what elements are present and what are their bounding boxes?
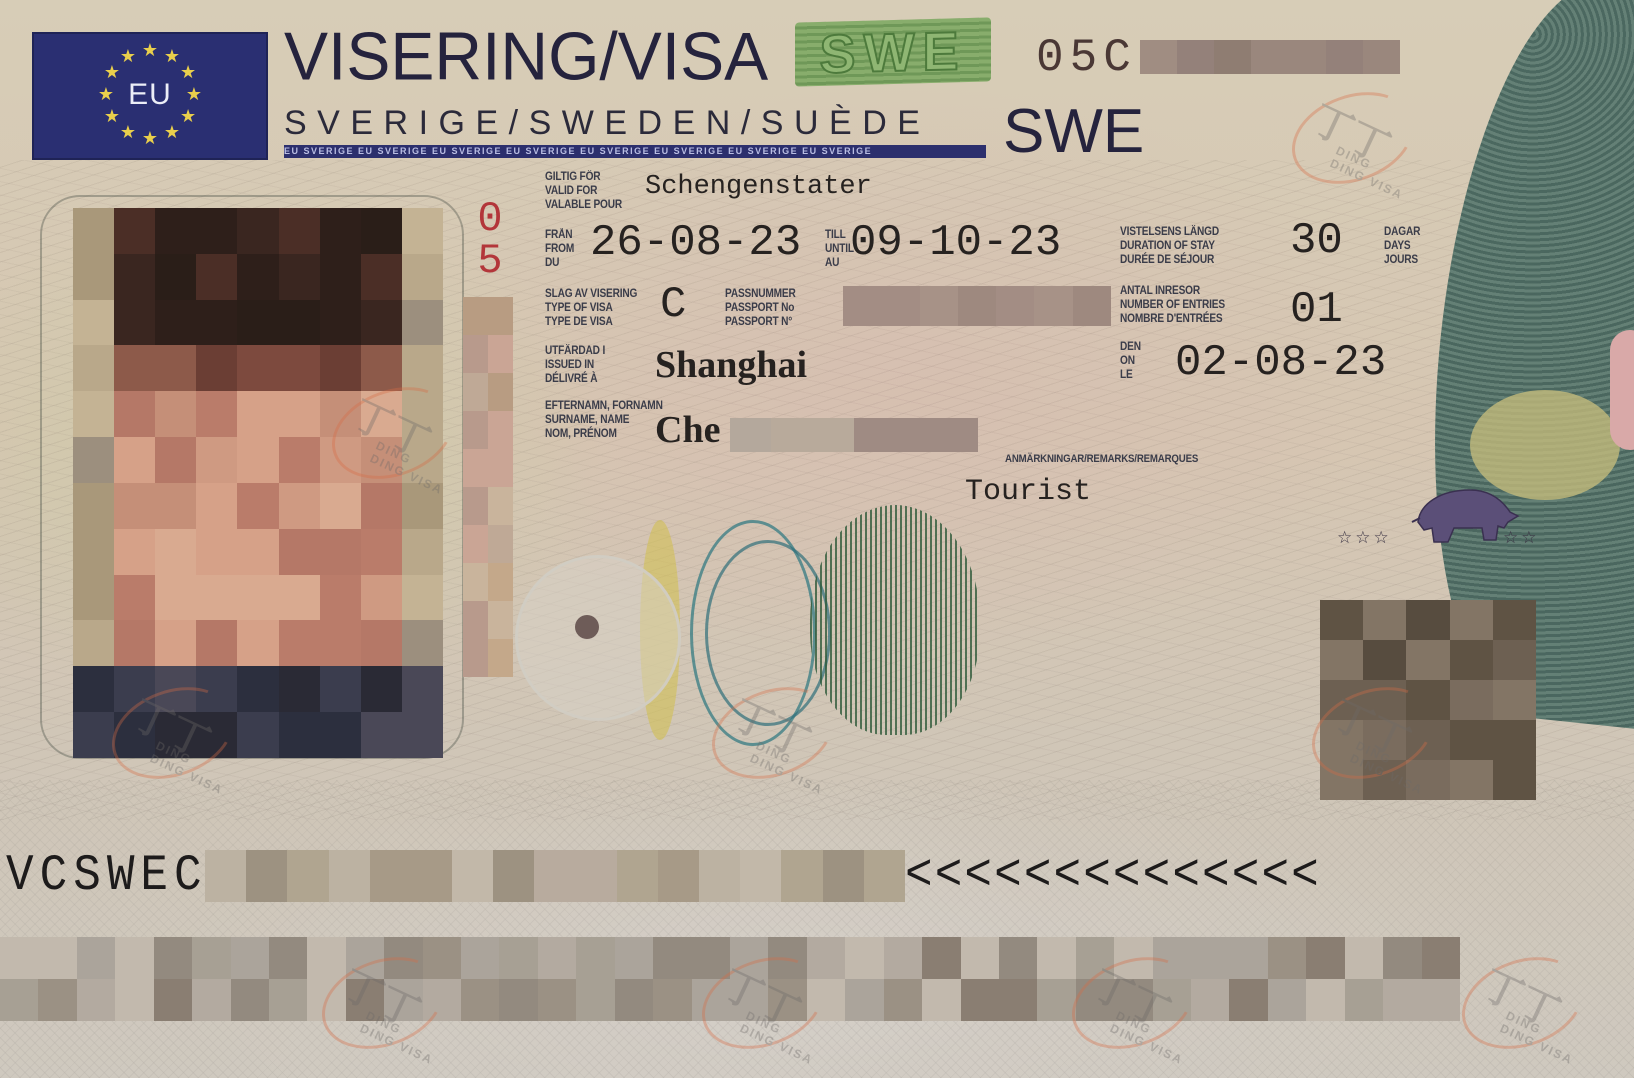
eu-flag-label: EU xyxy=(32,78,268,112)
label-type-of-visa: SLAG AV VISERING TYPE OF VISA TYPE DE VI… xyxy=(545,287,637,329)
value-remarks: Tourist xyxy=(965,475,1091,509)
mrz-line-1-redacted xyxy=(205,850,905,902)
watermark-logo-icon: 丁丁DING DING VISA xyxy=(1310,690,1430,780)
name-redacted xyxy=(730,418,978,452)
microprint-band: EU SVERIGE EU SVERIGE EU SVERIGE EU SVER… xyxy=(284,145,986,158)
visa-number: 05C xyxy=(1036,32,1137,84)
label-duration: VISTELSENS LÄNGD DURATION OF STAY DURÉE … xyxy=(1120,225,1219,267)
label-number-of-entries: ANTAL INRESOR NUMBER OF ENTRIES NOMBRE D… xyxy=(1120,284,1225,326)
eu-star-icon: ★ xyxy=(141,41,159,59)
stars-right: ☆☆ xyxy=(1503,528,1539,548)
watermark-logo-icon: 丁丁DING DING VISA xyxy=(1460,960,1580,1050)
watermark-logo-icon: 丁丁DING DING VISA xyxy=(320,960,440,1050)
issuing-state-code: SWE xyxy=(1003,96,1144,167)
label-remarks: ANMÄRKNINGAR/REMARKS/REMARQUES xyxy=(1005,452,1198,466)
value-issued-on: 02-08-23 xyxy=(1175,338,1386,388)
value-type-of-visa: C xyxy=(660,280,686,330)
value-issued-in: Shanghai xyxy=(655,343,807,387)
label-issued-on: DEN ON LE xyxy=(1120,340,1141,382)
issuing-state-line: SVERIGE/SWEDEN/SUÈDE xyxy=(284,104,930,143)
serial-digit: 0 xyxy=(476,198,504,240)
eu-star-icon: ★ xyxy=(141,129,159,147)
page-edge xyxy=(1610,330,1634,450)
label-valid-for: GILTIG FÖR VALID FOR VALABLE POUR xyxy=(545,170,622,212)
hologram-center xyxy=(575,615,599,639)
holder-photo-redacted xyxy=(73,208,443,758)
label-name: EFTERNAMN, FORNAMN SURNAME, NAME NOM, PR… xyxy=(545,399,663,441)
value-number-of-entries: 01 xyxy=(1290,285,1343,335)
label-issued-in: UTFÄRDAD I ISSUED IN DÉLIVRÉ À xyxy=(545,344,605,386)
watermark-logo-icon: 丁丁DING DING VISA xyxy=(1290,95,1410,185)
value-from: 26-08-23 xyxy=(590,218,801,268)
value-until: 09-10-23 xyxy=(850,218,1061,268)
stars-left: ☆☆☆ xyxy=(1337,528,1392,548)
security-badge: SWE xyxy=(795,17,991,86)
watermark-logo-icon: 丁丁DING DING VISA xyxy=(1070,960,1190,1050)
visa-sticker: ★★★★★★★★★★★★ EU VISERING/VISA SWE 05C SV… xyxy=(0,0,1634,1078)
red-serial-number: 0 5 xyxy=(476,198,504,282)
label-from: FRÅN FROM DU xyxy=(545,228,574,270)
side-strip-redacted xyxy=(463,297,513,677)
eu-star-icon: ★ xyxy=(119,123,137,141)
watermark-logo-icon: 丁丁DING DING VISA xyxy=(710,690,830,780)
eu-star-icon: ★ xyxy=(119,47,137,65)
label-passport-number: PASSNUMMER PASSPORT No PASSPORT N° xyxy=(725,287,796,329)
value-duration: 30 xyxy=(1290,216,1343,266)
watermark-logo-icon: 丁丁DING DING VISA xyxy=(330,390,450,480)
security-badge-text: SWE xyxy=(795,19,991,86)
visa-number-redaction xyxy=(1140,40,1400,74)
value-valid-for: Schengenstater xyxy=(645,172,872,202)
mrz-line-1-filler: <<<<<<<<<<<<<< xyxy=(905,847,1321,904)
green-line-pattern xyxy=(810,505,980,735)
label-duration-unit: DAGAR DAYS JOURS xyxy=(1384,225,1420,267)
mrz-line-1-prefix: VCSWEC xyxy=(6,847,208,904)
eu-star-icon: ★ xyxy=(163,123,181,141)
visa-number-visible: 05C xyxy=(1036,32,1137,84)
watermark-logo-icon: 丁丁DING DING VISA xyxy=(110,690,230,780)
eu-flag-icon: ★★★★★★★★★★★★ EU xyxy=(32,32,268,160)
value-name-visible: Che xyxy=(655,408,720,452)
serial-digit: 5 xyxy=(476,240,504,282)
hologram-seal xyxy=(515,555,681,721)
document-title: VISERING/VISA xyxy=(284,17,768,95)
passport-number-redacted xyxy=(843,286,1111,326)
watermark-logo-icon: 丁丁DING DING VISA xyxy=(700,960,820,1050)
